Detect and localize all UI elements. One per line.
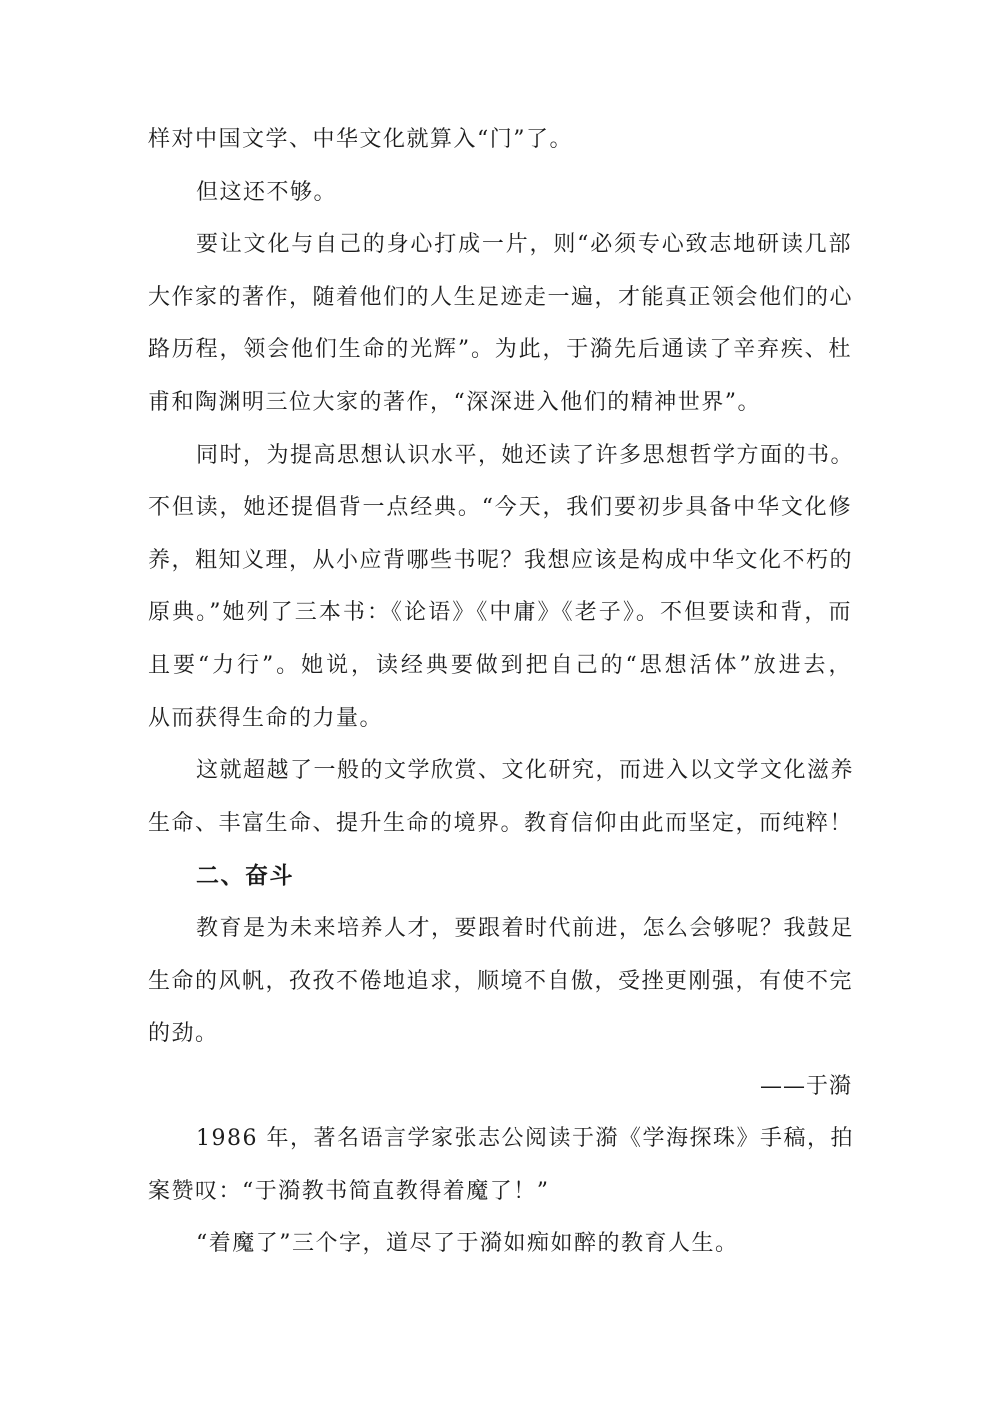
text-line: 样对中国文学、中华文化就算入“门”了。 bbox=[148, 114, 852, 167]
section-heading: 二、奋斗 bbox=[148, 850, 852, 903]
text-line: 生命、丰富生命、提升生命的境界。教育信仰由此而坚定，而纯粹！ bbox=[148, 798, 852, 851]
text-line: 且要“力行”。她说，读经典要做到把自己的“思想活体”放进去， bbox=[148, 640, 852, 693]
text-line: 养，粗知义理，从小应背哪些书呢？我想应该是构成中华文化不朽的 bbox=[148, 535, 852, 588]
text-line: 从而获得生命的力量。 bbox=[148, 693, 852, 746]
text-line: 生命的风帆，孜孜不倦地追求，顺境不自傲，受挫更刚强，有使不完 bbox=[148, 956, 852, 1009]
page-background: 样对中国文学、中华文化就算入“门”了。 但这还不够。 要让文化与自己的身心打成一… bbox=[0, 0, 992, 1403]
text-line: 1986 年，著名语言学家张志公阅读于漪《学海探珠》手稿，拍 bbox=[148, 1113, 852, 1166]
document-page: { "page": { "background": "#ffffff", "te… bbox=[0, 0, 992, 1403]
text-line: 甫和陶渊明三位大家的著作，“深深进入他们的精神世界”。 bbox=[148, 377, 852, 430]
text-line: “着魔了”三个字，道尽了于漪如痴如醉的教育人生。 bbox=[148, 1218, 852, 1271]
text-line: 的劲。 bbox=[148, 1008, 852, 1061]
text-line: 这就超越了一般的文学欣赏、文化研究，而进入以文学文化滋养 bbox=[148, 745, 852, 798]
text-line: 要让文化与自己的身心打成一片，则“必须专心致志地研读几部 bbox=[148, 219, 852, 272]
text-line: 案赞叹：“于漪教书简直教得着魔了！” bbox=[148, 1166, 852, 1219]
attribution-line: ——于漪 bbox=[148, 1061, 852, 1114]
text-line: 同时，为提高思想认识水平，她还读了许多思想哲学方面的书。 bbox=[148, 430, 852, 483]
text-line: 不但读，她还提倡背一点经典。“今天，我们要初步具备中华文化修 bbox=[148, 482, 852, 535]
text-line: 大作家的著作，随着他们的人生足迹走一遍，才能真正领会他们的心 bbox=[148, 272, 852, 325]
text-line: 路历程，领会他们生命的光辉”。为此，于漪先后通读了辛弃疾、杜 bbox=[148, 324, 852, 377]
text-line: 原典。”她列了三本书：《论语》《中庸》《老子》。不但要读和背，而 bbox=[148, 587, 852, 640]
text-line: 但这还不够。 bbox=[148, 167, 852, 220]
text-line: 教育是为未来培养人才，要跟着时代前进，怎么会够呢？我鼓足 bbox=[148, 903, 852, 956]
document-body: 样对中国文学、中华文化就算入“门”了。 但这还不够。 要让文化与自己的身心打成一… bbox=[148, 114, 852, 1271]
